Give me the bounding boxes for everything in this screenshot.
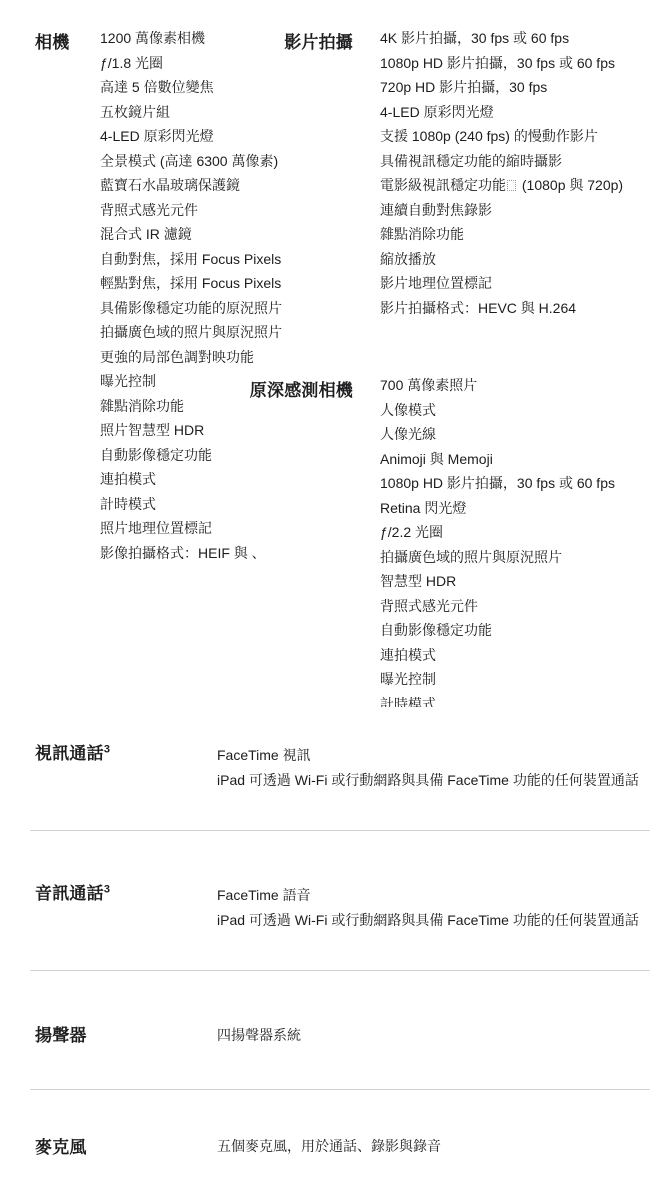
spec-item: 計時模式 [380,692,615,708]
audio-calling-spec-list: FaceTime 語音iPad 可透過 Wi-Fi 或行動網路與具備 FaceT… [217,883,639,933]
video-calling-spec-list: FaceTime 視訊iPad 可透過 Wi-Fi 或行動網路與具備 FaceT… [217,743,639,793]
speakers-section-title: 揚聲器 [35,1021,87,1046]
spec-item: 具備視訊穩定功能的縮時攝影 [380,149,623,174]
specs-page: { "colors": { "text": "#1d1d1f", "divide… [0,0,650,1200]
spec-item: 1080p HD 影片拍攝，30 fps 或 60 fps [380,471,615,496]
footnote-placeholder-icon[interactable] [507,180,516,191]
spec-item: 拍攝廣色域的照片與原況照片 [380,545,615,570]
spec-item-text: (1080p 與 720p) [518,177,623,193]
section-divider [30,1089,650,1090]
spec-item: 五枚鏡片組 [100,100,282,125]
spec-item: 700 萬像素照片 [380,373,615,398]
spec-item: 影片拍攝格式：HEVC 與 H.264 [380,296,623,321]
speakers-spec-list: 四揚聲器系統 [217,1023,301,1048]
spec-item: 720p HD 影片拍攝，30 fps [380,75,623,100]
footnote-marker: 3 [104,743,110,755]
spec-item: 四揚聲器系統 [217,1023,301,1048]
spec-item: 照片智慧型 HDR [100,418,282,443]
spec-item: 1080p HD 影片拍攝，30 fps 或 60 fps [380,51,623,76]
microphones-spec-list: 五個麥克風，用於通話、錄影與錄音 [217,1134,441,1159]
spec-item: 人像光線 [380,422,615,447]
spec-item: 高達 5 倍數位變焦 [100,75,282,100]
camera-spec-list: 1200 萬像素相機ƒ/1.8 光圈高達 5 倍數位變焦五枚鏡片組4-LED 原… [100,26,282,565]
spec-item: 自動對焦，採用 Focus Pixels [100,247,282,272]
spec-item: ƒ/1.8 光圈 [100,51,282,76]
video-calling-section-title: 視訊通話3 [35,739,110,764]
camera-specs-section: 相機 1200 萬像素相機ƒ/1.8 光圈高達 5 倍數位變焦五枚鏡片組4-LE… [0,0,650,707]
truedepth-camera-section-title: 原深感測相機 [245,376,353,401]
spec-item: 縮放播放 [380,247,623,272]
spec-item: 拍攝廣色域的照片與原況照片 [100,320,282,345]
spec-item: 影片地理位置標記 [380,271,623,296]
spec-item: 連續自動對焦錄影 [380,198,623,223]
spec-item-text: 電影級視訊穩定功能 [380,177,506,193]
spec-item: 混合式 IR 濾鏡 [100,222,282,247]
spec-item: 智慧型 HDR [380,569,615,594]
spec-item: Animoji 與 Memoji [380,447,615,472]
spec-item: 連拍模式 [380,643,615,668]
spec-item: 4-LED 原彩閃光燈 [100,124,282,149]
spec-item: 計時模式 [100,492,282,517]
spec-item: 影像拍攝格式：HEIF 與 、 [100,541,282,566]
spec-item: 五個麥克風，用於通話、錄影與錄音 [217,1134,441,1159]
truedepth-spec-list: 700 萬像素照片人像模式人像光線Animoji 與 Memoji1080p H… [380,373,615,707]
spec-item: iPad 可透過 Wi-Fi 或行動網路與具備 FaceTime 功能的任何裝置… [217,768,639,793]
section-divider [30,970,650,971]
spec-item: FaceTime 語音 [217,883,639,908]
audio-calling-section-title: 音訊通話3 [35,879,110,904]
spec-item: 更強的局部色調對映功能 [100,345,282,370]
spec-item: 背照式感光元件 [380,594,615,619]
spec-item: 輕點對焦，採用 Focus Pixels [100,271,282,296]
spec-item: 4-LED 原彩閃光燈 [380,100,623,125]
spec-item: iPad 可透過 Wi-Fi 或行動網路與具備 FaceTime 功能的任何裝置… [217,908,639,933]
spec-item: 背照式感光元件 [100,198,282,223]
microphones-section-title: 麥克風 [35,1133,87,1158]
spec-item: 具備影像穩定功能的原況照片 [100,296,282,321]
spec-item: FaceTime 視訊 [217,743,639,768]
spec-item: 雜點消除功能 [380,222,623,247]
spec-item: 照片地理位置標記 [100,516,282,541]
spec-item: 藍寶石水晶玻璃保護鏡 [100,173,282,198]
video-recording-section-title: 影片拍攝 [245,28,353,53]
spec-item: 連拍模式 [100,467,282,492]
section-title-text: 音訊通話 [35,884,104,903]
spec-item: 4K 影片拍攝，30 fps 或 60 fps [380,26,623,51]
spec-item: 支援 1080p (240 fps) 的慢動作影片 [380,124,623,149]
spec-item: 自動影像穩定功能 [100,443,282,468]
spec-item: 曝光控制 [380,667,615,692]
section-divider [30,830,650,831]
spec-item: 全景模式 (高達 6300 萬像素) [100,149,282,174]
spec-item: Retina 閃光燈 [380,496,615,521]
video-recording-spec-list: 4K 影片拍攝，30 fps 或 60 fps1080p HD 影片拍攝，30 … [380,26,623,320]
footnote-marker: 3 [104,883,110,895]
spec-item: 自動影像穩定功能 [380,618,615,643]
spec-item: ƒ/2.2 光圈 [380,520,615,545]
spec-item: 人像模式 [380,398,615,423]
section-title-text: 視訊通話 [35,744,104,763]
spec-item: 電影級視訊穩定功能 (1080p 與 720p) [380,173,623,198]
camera-section-title: 相機 [35,28,69,53]
